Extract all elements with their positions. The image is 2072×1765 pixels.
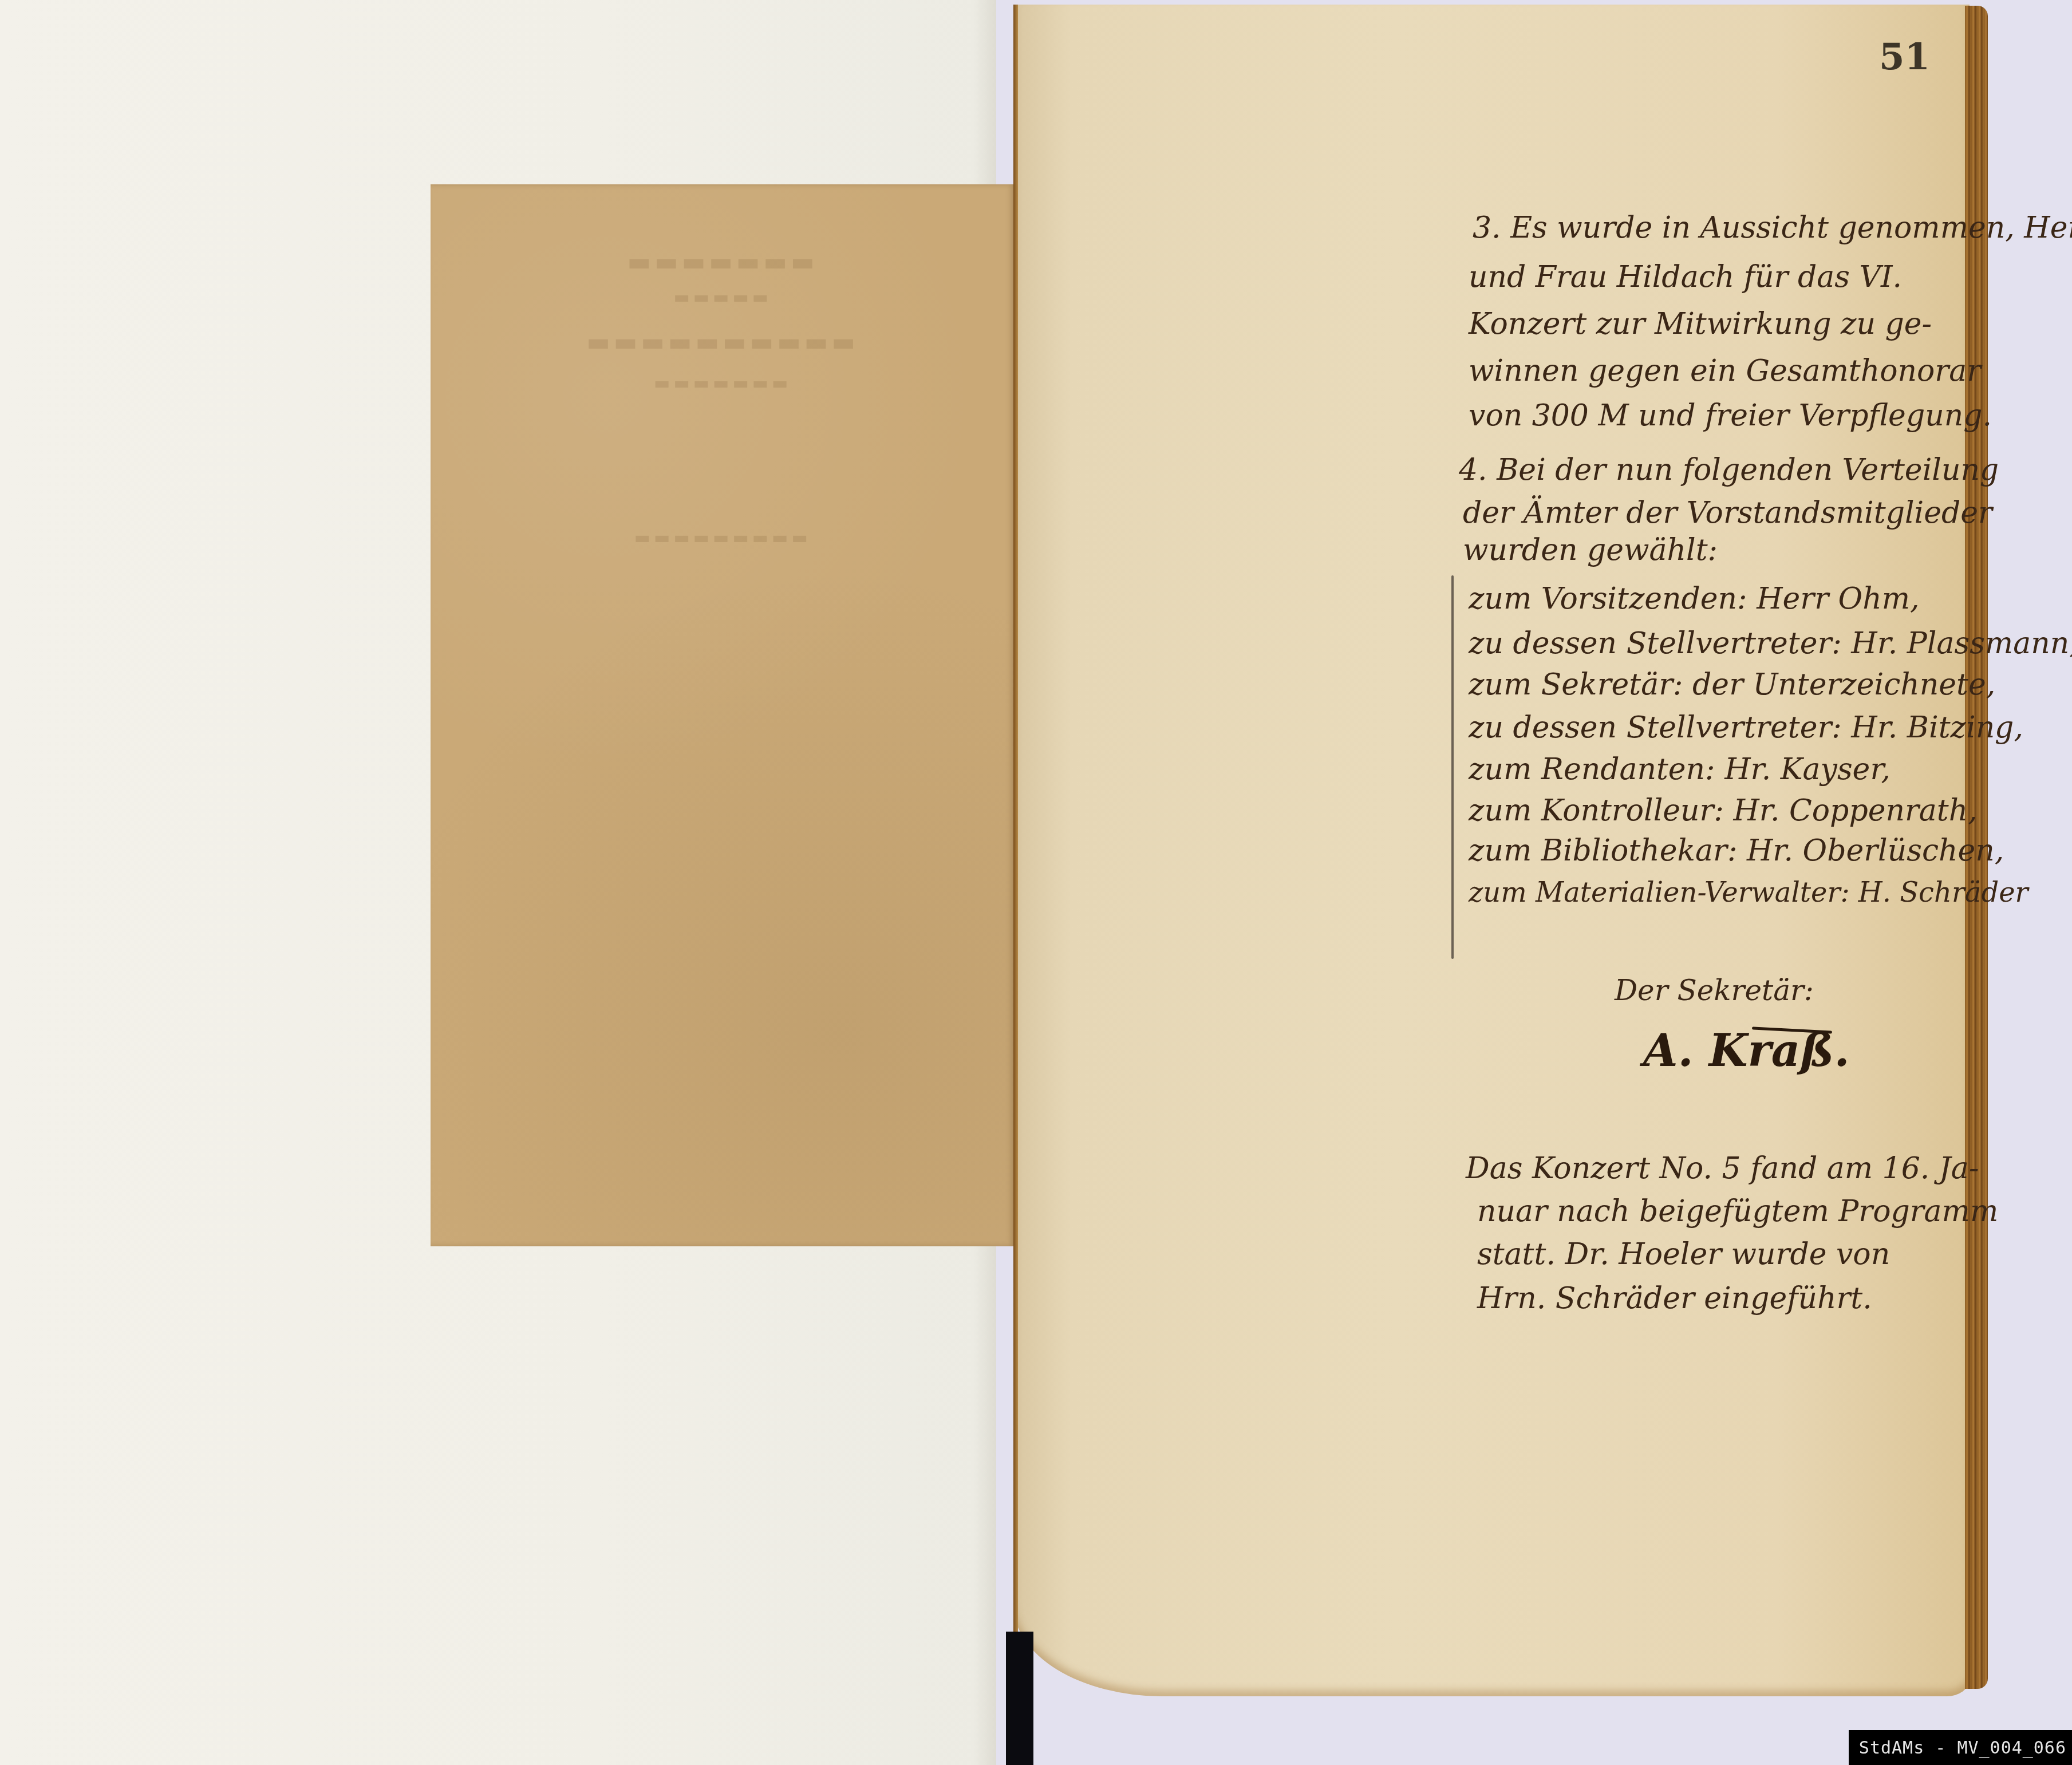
show-through-text: ▬▬▬▬▬ <box>431 287 1015 307</box>
minutes-item4-line: der Ämter der Vorstandsmitglieder <box>1463 498 1992 528</box>
officer-name: Hr. Oberlüschen, <box>1747 834 2004 868</box>
concert-note-line: nuar nach beigefügtem Programm <box>1477 1197 1998 1226</box>
officer-name: Hr. Coppenrath, <box>1733 793 1977 828</box>
list-bracket <box>1451 575 1454 959</box>
show-through-text: ▬▬▬▬▬▬▬▬▬ <box>431 528 1015 548</box>
minutes-item3-line: von 300 M und freier Verpflegung. <box>1469 401 1992 431</box>
officer-role: zum Sekretär: <box>1469 668 1683 702</box>
elected-officer: zu dessen Stellvertreter: Hr. Plassmann, <box>1469 629 2072 658</box>
tan-insert-sheet: ▬▬▬▬▬▬▬ ▬▬▬▬▬ ▬▬▬▬▬▬▬▬▬▬ ▬▬▬▬▬▬▬ ▬▬▬▬▬▬▬… <box>431 184 1015 1246</box>
officer-role: zum Bibliothekar: <box>1469 834 1737 868</box>
elected-officer: zum Materialien-Verwalter: H. Schräder <box>1469 879 2028 906</box>
officer-name: Hr. Plassmann, <box>1851 626 2072 661</box>
minutes-item4-line: 4. Bei der nun folgenden Verteilung <box>1459 455 1999 485</box>
concert-note-line: Das Konzert No. 5 fand am 16. Ja- <box>1466 1154 1979 1183</box>
elected-officer: zu dessen Stellvertreter: Hr. Bitzing, <box>1469 713 2023 743</box>
officer-role: zu dessen Stellvertreter: <box>1469 710 1842 745</box>
minutes-item3-line: und Frau Hildach für das VI. <box>1469 262 1902 292</box>
gutter-edge <box>1013 5 1018 1636</box>
concert-note-line: Hrn. Schräder eingeführt. <box>1477 1284 1872 1313</box>
officer-role: zum Vorsitzenden: <box>1469 582 1747 616</box>
elected-officer: zum Sekretär: der Unterzeichnete, <box>1469 670 1995 700</box>
spine-shadow <box>1006 1632 1033 1765</box>
officer-name: der Unterzeichnete, <box>1692 668 1995 702</box>
signature-title: Der Sekretär: <box>1615 976 1814 1005</box>
elected-officer: zum Vorsitzenden: Herr Ohm, <box>1469 584 1919 614</box>
officer-role: zu dessen Stellvertreter: <box>1469 626 1842 661</box>
show-through-text: ▬▬▬▬▬▬▬ <box>431 373 1015 393</box>
elected-officer: zum Bibliothekar: Hr. Oberlüschen, <box>1469 836 2004 866</box>
officer-role: zum Rendanten: <box>1469 752 1715 787</box>
officer-name: Herr Ohm, <box>1757 582 1919 616</box>
show-through-text: ▬▬▬▬▬▬▬ <box>431 247 1015 277</box>
minutes-item3-line: winnen gegen ein Gesamthonorar <box>1469 356 1981 386</box>
minutes-item3-line: 3. Es wurde in Aussicht genommen, Herrn <box>1473 213 2072 243</box>
elected-officer: zum Rendanten: Hr. Kayser, <box>1469 755 1891 784</box>
minutes-item3-line: Konzert zur Mitwirkung zu ge- <box>1469 309 1932 339</box>
officer-name: H. Schräder <box>1858 876 2028 909</box>
officer-name: Hr. Kayser, <box>1724 752 1891 787</box>
page-number: 51 <box>1879 35 1930 78</box>
officer-name: Hr. Bitzing, <box>1851 710 2023 745</box>
concert-note-line: statt. Dr. Hoeler wurde von <box>1477 1239 1890 1269</box>
elected-officer: zum Kontrolleur: Hr. Coppenrath, <box>1469 796 1978 826</box>
officer-role: zum Kontrolleur: <box>1469 793 1724 828</box>
minutes-item4-line: wurden gewählt: <box>1463 535 1718 565</box>
archive-label: StdAMs - MV_004_066 <box>1849 1730 2072 1765</box>
show-through-text: ▬▬▬▬▬▬▬▬▬▬ <box>431 327 1015 357</box>
officer-role: zum Materialien-Verwalter: <box>1469 876 1850 909</box>
